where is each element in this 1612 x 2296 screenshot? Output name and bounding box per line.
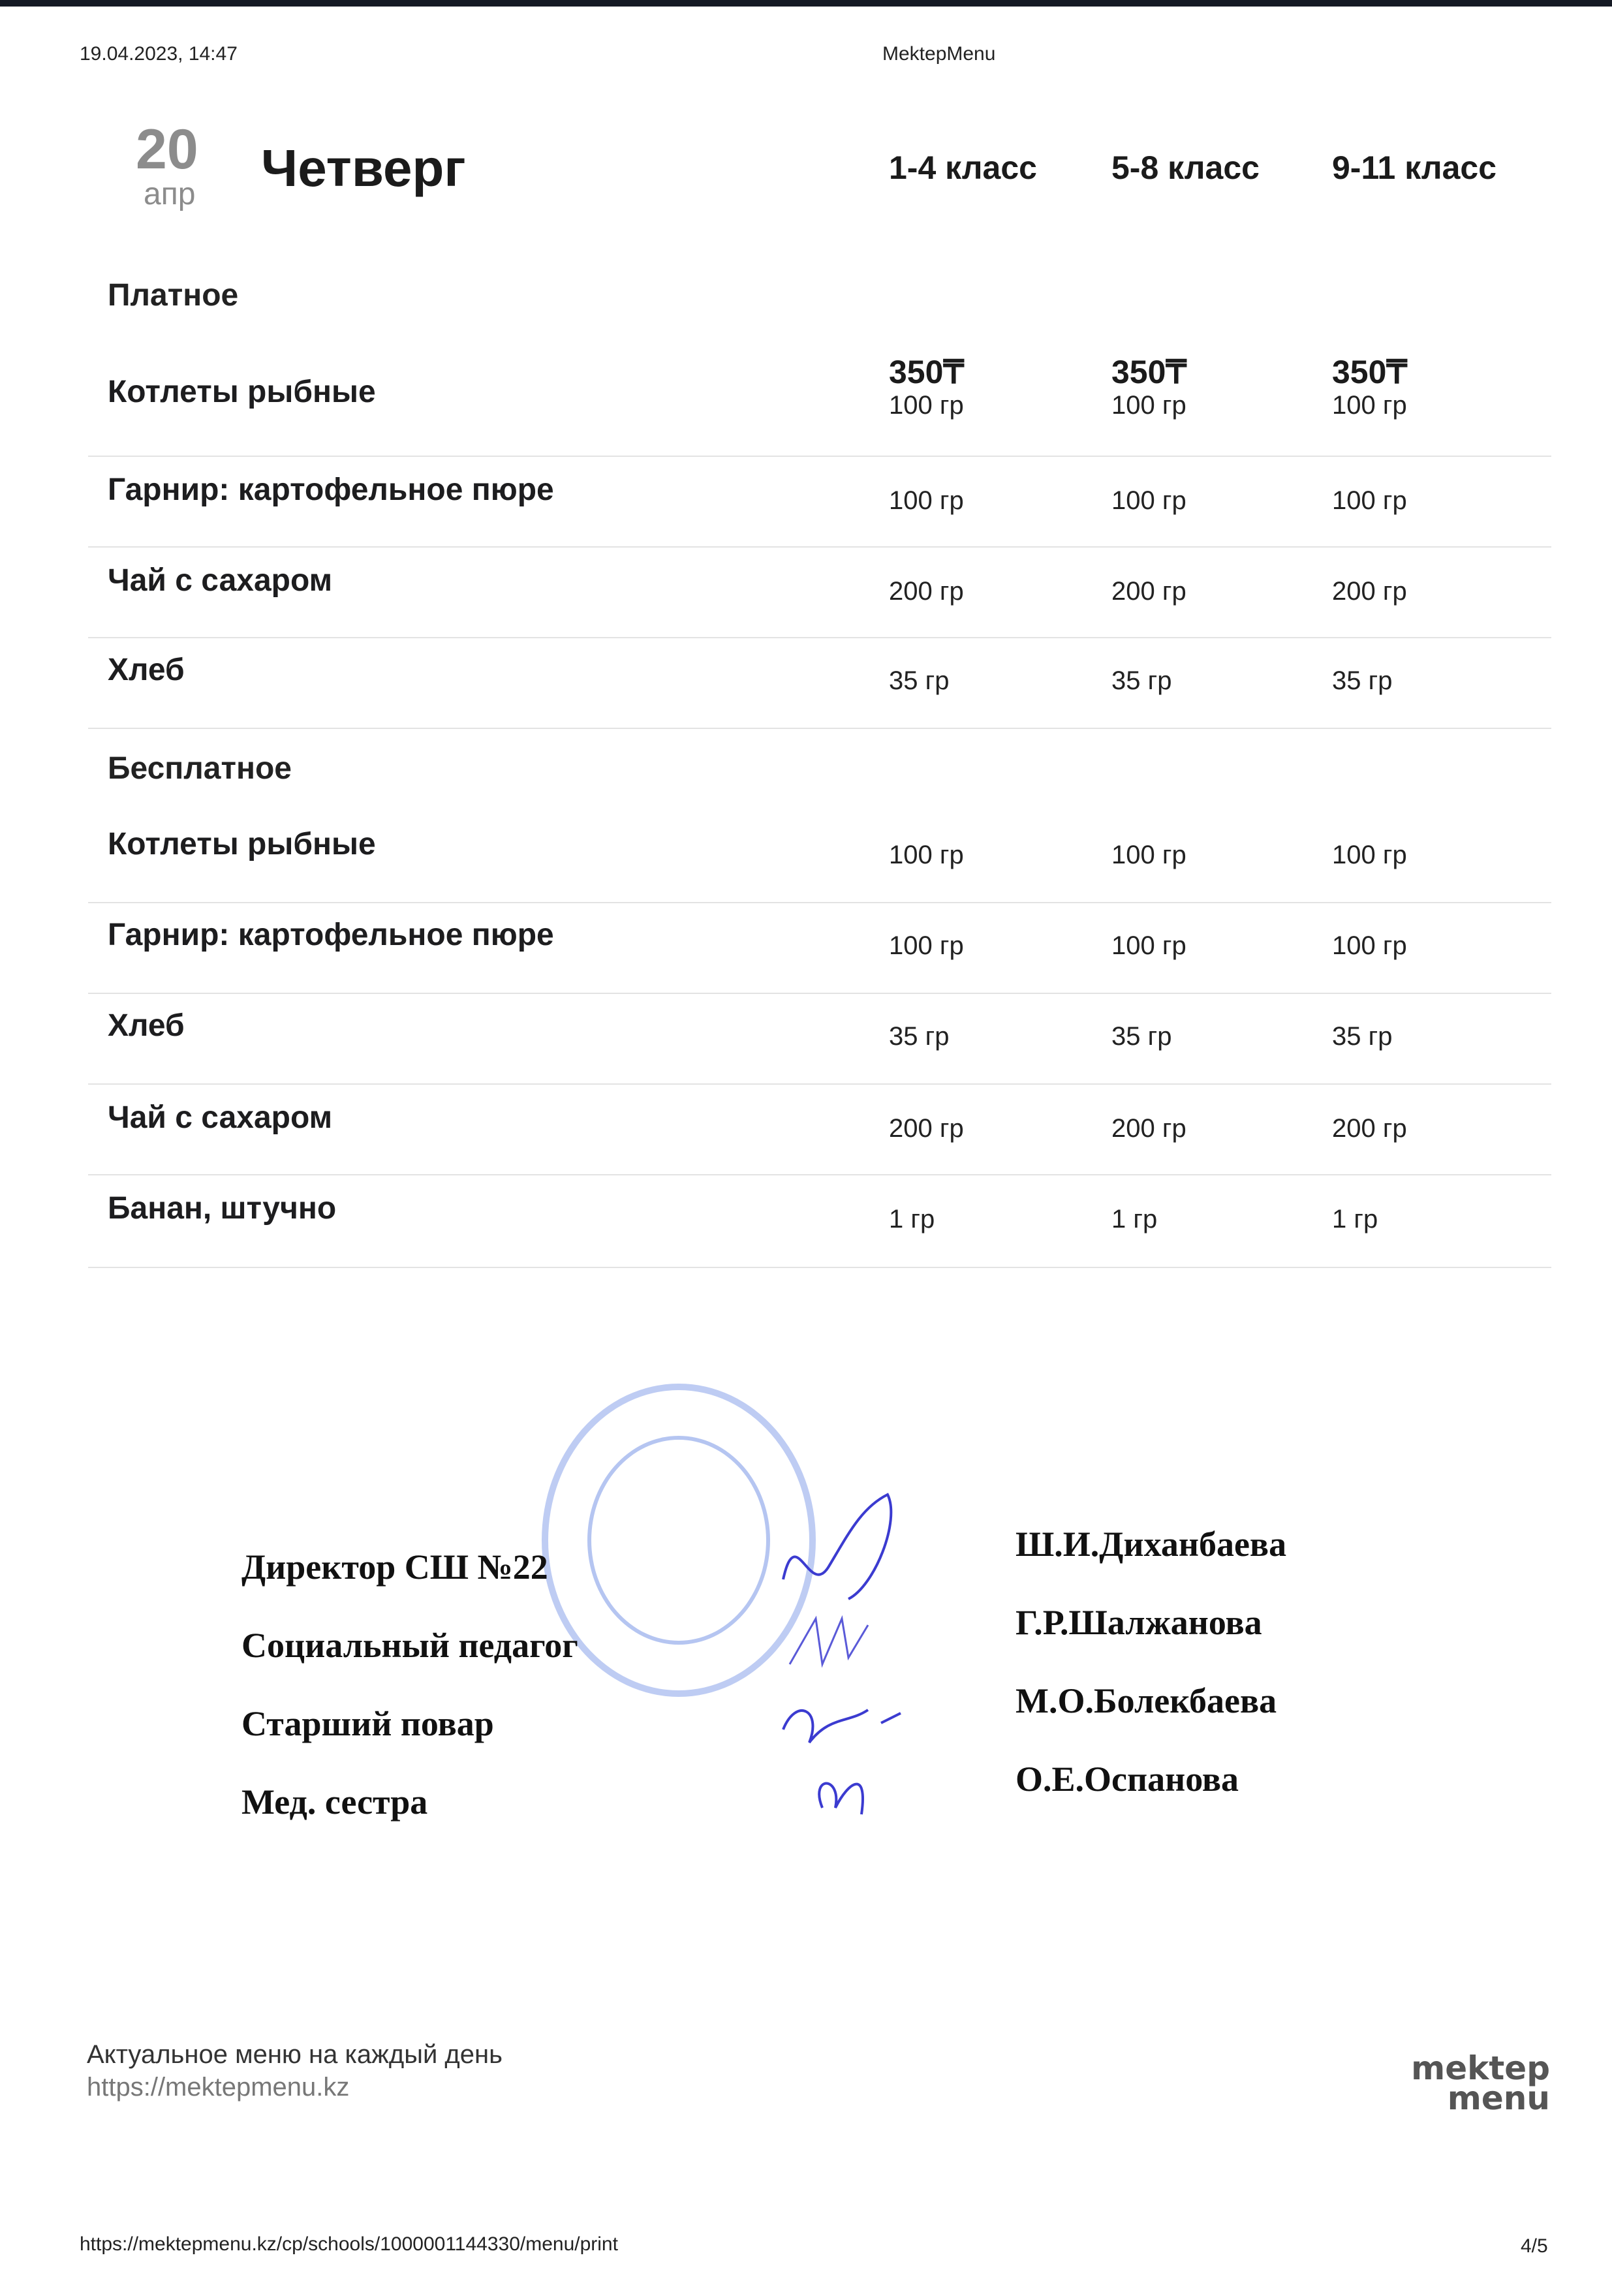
scan-top-edge [0,0,1612,7]
dish-name: Банан, штучно [108,1190,336,1226]
row-divider [88,993,1551,994]
portion-weight: 100 гр [1332,841,1407,870]
column-header-5-8: 5-8 класс [1111,149,1260,187]
row-divider [88,637,1551,638]
price: 350₸ [889,353,964,391]
row-divider [88,1083,1551,1085]
portion-weight: 200 гр [889,1114,964,1143]
signature-role: Мед. сестра [241,1782,427,1822]
dish-name: Котлеты рыбные [108,826,376,862]
day-number: 20 [136,117,198,182]
handwritten-signatures-icon [770,1468,979,1834]
portion-weight: 100 гр [889,486,964,516]
row-divider [88,456,1551,457]
print-datetime: 19.04.2023, 14:47 [80,43,238,65]
dish-name: Чай с сахаром [108,563,332,598]
signature-name: О.Е.Оспанова [1015,1759,1239,1799]
portion-weight: 35 гр [889,666,949,696]
print-title: MektepMenu [882,43,995,65]
price: 350₸ [1332,353,1407,391]
page-number: 4/5 [1521,2235,1548,2257]
portion-weight: 1 гр [889,1205,935,1234]
day-month: апр [144,176,195,212]
dish-name: Гарнир: картофельное пюре [108,917,554,953]
portion-weight: 100 гр [1332,486,1407,516]
signature-role: Старший повар [241,1703,494,1744]
dish-name: Хлеб [108,652,185,688]
row-divider [88,546,1551,548]
weekday-title: Четверг [261,138,466,198]
portion-weight: 1 гр [1111,1205,1157,1234]
portion-weight: 35 гр [1332,666,1392,696]
portion-weight: 35 гр [1111,666,1171,696]
row-divider [88,902,1551,903]
portion-weight: 100 гр [1111,486,1186,516]
signature-role: Социальный педагог [241,1625,578,1666]
section-title: Бесплатное [108,751,292,786]
signature-name: М.О.Болекбаева [1015,1681,1277,1721]
portion-weight: 100 гр [889,931,964,961]
signature-name: Ш.И.Диханбаева [1015,1524,1286,1564]
portion-weight: 200 гр [1332,577,1407,606]
signature-name: Г.Р.Шалжанова [1015,1602,1262,1643]
portion-weight: 35 гр [1111,1022,1171,1051]
row-divider [88,728,1551,729]
dish-name: Гарнир: картофельное пюре [108,472,554,508]
signature-role: Директор СШ №22 [241,1547,548,1587]
price: 350₸ [1111,353,1186,391]
portion-weight: 100 гр [889,391,964,420]
column-header-1-4: 1-4 класс [889,149,1037,187]
portion-weight: 35 гр [889,1022,949,1051]
portion-weight: 100 гр [1332,391,1407,420]
section-title: Платное [108,277,238,313]
portion-weight: 100 гр [1332,931,1407,961]
portion-weight: 200 гр [1111,577,1186,606]
portion-weight: 200 гр [1111,1114,1186,1143]
footer-tagline: Актуальное меню на каждый день [87,2040,503,2070]
dish-name: Чай с сахаром [108,1100,332,1136]
print-url: https://mektepmenu.kz/cp/schools/1000001… [80,2233,618,2256]
footer-site-link[interactable]: https://mektepmenu.kz [87,2073,349,2102]
dish-name: Хлеб [108,1008,185,1044]
row-divider [88,1174,1551,1175]
portion-weight: 1 гр [1332,1205,1378,1234]
dish-name: Котлеты рыбные [108,374,376,410]
portion-weight: 100 гр [1111,391,1186,420]
stamp-emblem [587,1436,770,1645]
portion-weight: 200 гр [889,577,964,606]
mektepmenu-logo: mektep menu [1406,2053,1550,2113]
row-divider [88,1267,1551,1268]
portion-weight: 100 гр [1111,841,1186,870]
portion-weight: 100 гр [889,841,964,870]
portion-weight: 35 гр [1332,1022,1392,1051]
column-header-9-11: 9-11 класс [1332,149,1496,187]
logo-line-2: menu [1406,2083,1550,2113]
portion-weight: 100 гр [1111,931,1186,961]
portion-weight: 200 гр [1332,1114,1407,1143]
